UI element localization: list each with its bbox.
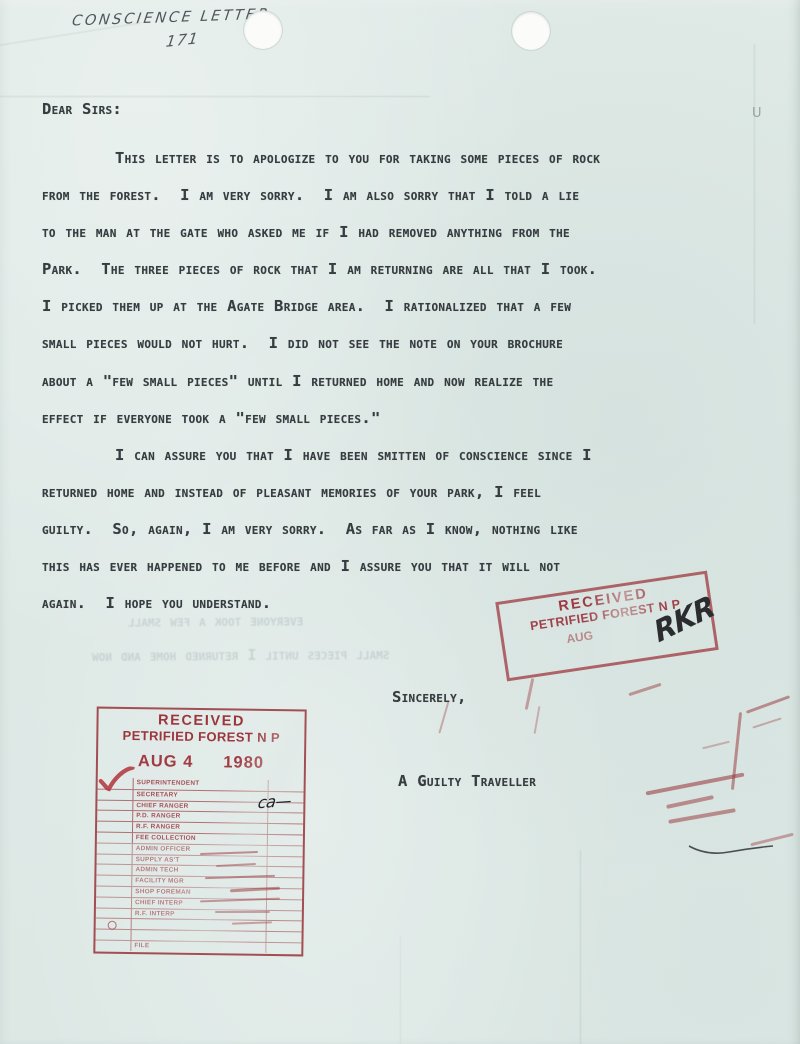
- check-cell: [97, 833, 133, 843]
- letter-closing: Sincerely,: [392, 688, 467, 706]
- letter-line: this has ever happened to me before and …: [42, 548, 600, 585]
- check-cell: [96, 908, 132, 918]
- red-smudge: [668, 808, 736, 824]
- red-smudge: [666, 795, 714, 809]
- letter-signature: A Guilty Traveller: [398, 772, 536, 790]
- pencil-note-title: Conscience Letter: [71, 6, 271, 29]
- letter-page: Conscience Letter 171 U everyone took a …: [0, 0, 800, 1044]
- red-smudge: [646, 772, 745, 795]
- check-cell: [96, 887, 132, 897]
- right-cell: [267, 835, 303, 845]
- letter-line: This letter is to apologize to you for t…: [42, 140, 600, 177]
- check-cell: [97, 854, 133, 864]
- right-cell: [267, 813, 303, 823]
- bleedthrough-text: small pieces until I returned home and n…: [92, 645, 390, 665]
- right-cell: [267, 857, 303, 867]
- right-cell: [267, 846, 303, 856]
- check-cell: [95, 941, 131, 951]
- check-cell: [97, 843, 133, 853]
- red-smudge: [628, 683, 661, 696]
- letter-line: from the forest. I am very sorry. I am a…: [42, 177, 600, 214]
- letter-line: I picked them up at the Agate Bridge are…: [42, 288, 600, 325]
- red-checkmark-icon: [96, 763, 136, 803]
- routing-stamp: RECEIVED PETRIFIED FOREST N P AUG 4 1980…: [93, 707, 306, 957]
- letter-line: returned home and instead of pleasant me…: [42, 474, 600, 511]
- letter-salutation: Dear Sirs:: [42, 100, 122, 118]
- punch-hole: [512, 12, 550, 50]
- right-cell: [265, 943, 301, 953]
- letter-line: about a "few small pieces" until I retur…: [42, 363, 600, 400]
- paper-crease: [754, 44, 755, 324]
- check-cell: [97, 822, 133, 832]
- check-cell: [96, 865, 132, 875]
- right-cell: [267, 824, 303, 834]
- red-smudge: [746, 695, 790, 714]
- letter-line: Park. The three pieces of rock that I am…: [42, 251, 600, 288]
- letter-line: to the man at the gate who asked me if I…: [42, 214, 600, 251]
- paper-crease: [0, 96, 430, 97]
- stamp-year: 1980: [223, 753, 264, 773]
- red-smudge: [702, 741, 730, 750]
- handwritten-routing-note: ca—: [257, 791, 293, 813]
- check-cell: [96, 876, 132, 886]
- punch-hole: [244, 11, 282, 49]
- paper-crease: [400, 936, 401, 1044]
- letter-line: small pieces would not hurt. I did not s…: [42, 325, 600, 362]
- letter-line: I can assure you that I have been smitte…: [42, 437, 600, 474]
- check-cell: [96, 897, 132, 907]
- right-cell: [268, 780, 304, 791]
- stamp-date: AUG 4: [138, 752, 194, 772]
- stray-pen-mark: U: [752, 106, 762, 121]
- circle-mark-icon: [108, 921, 117, 930]
- right-cell: [265, 932, 301, 942]
- red-smudge: [534, 706, 541, 734]
- letter-body: This letter is to apologize to you for t…: [42, 140, 600, 622]
- paper-crease: [580, 850, 581, 1044]
- letter-line: guilty. So, again, I am very sorry. As f…: [42, 511, 600, 548]
- routing-row: FILE: [95, 940, 301, 954]
- check-cell: [95, 930, 131, 940]
- routing-label: FILE: [131, 941, 265, 953]
- letter-line: effect if everyone took a "few small pie…: [42, 400, 600, 437]
- stamp-subtitle: PETRIFIED FOREST N P: [98, 728, 304, 746]
- pencil-note-number: 171: [165, 29, 201, 51]
- red-smudge: [752, 717, 781, 728]
- red-smudge: [525, 678, 535, 710]
- right-cell: [266, 910, 302, 920]
- check-cell: [97, 811, 133, 821]
- red-smudge: [215, 911, 270, 913]
- right-cell: [266, 900, 302, 910]
- stray-pen-curve: [685, 836, 775, 864]
